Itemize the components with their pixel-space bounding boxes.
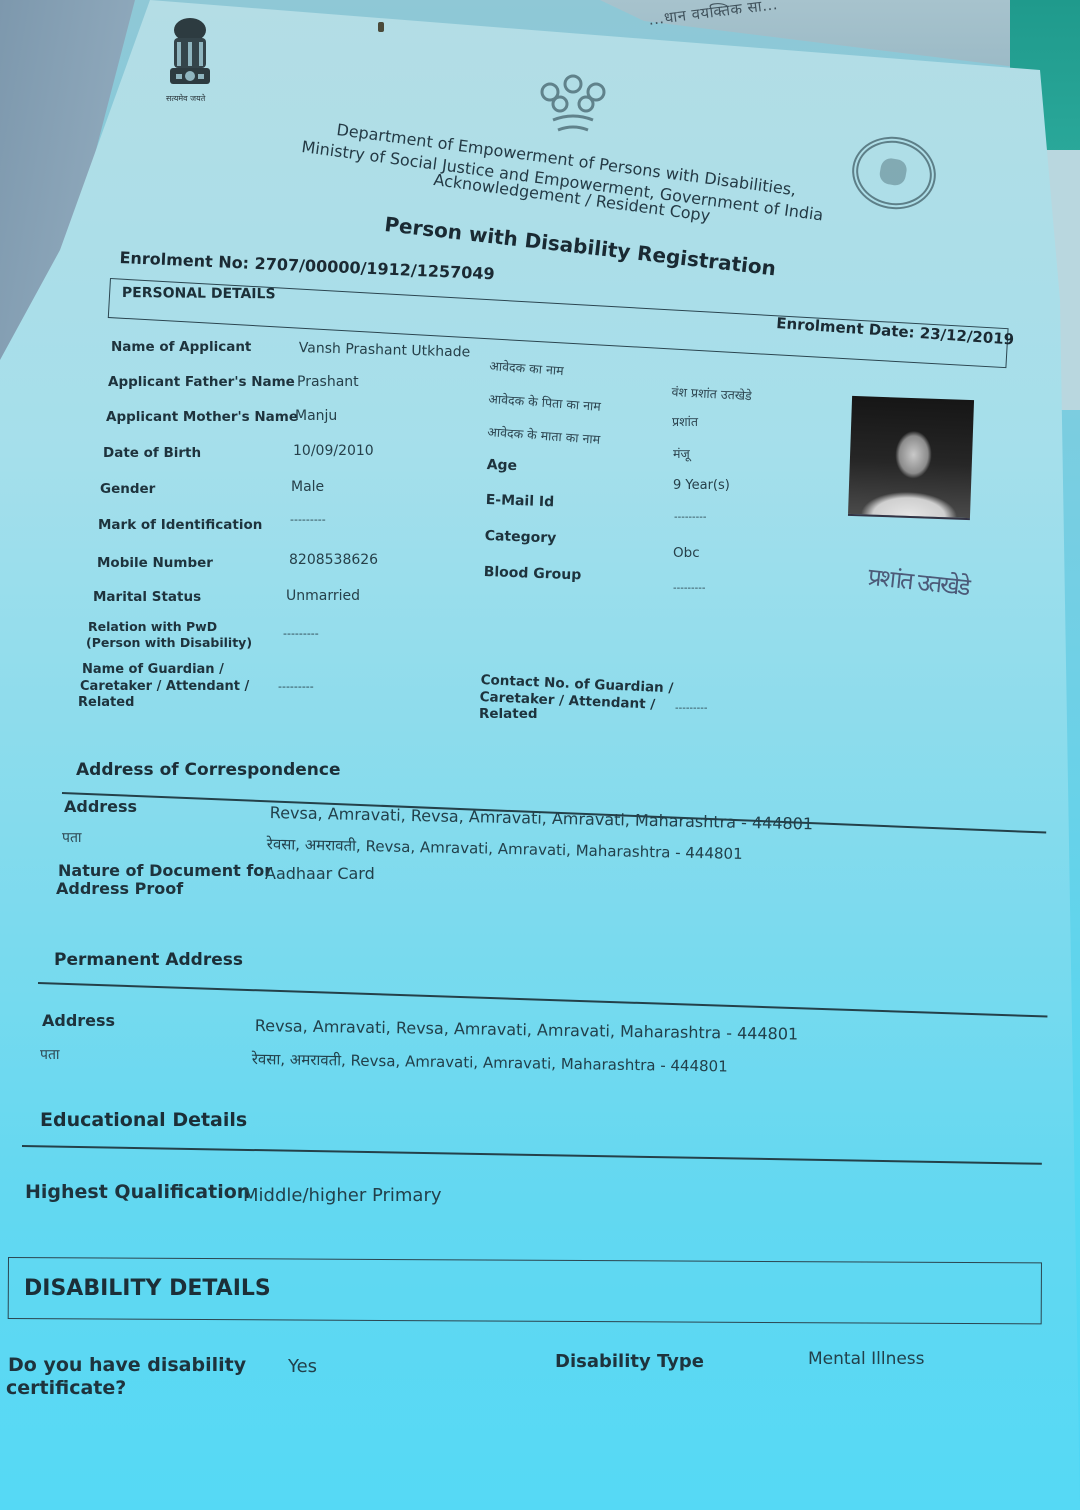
label-disability-type: Disability Type	[555, 1351, 704, 1372]
label-highest-qualification: Highest Qualification	[25, 1181, 250, 1203]
value-category: Obc	[673, 545, 700, 561]
value-disability-type: Mental Illness	[808, 1349, 925, 1369]
official-seal-icon	[846, 130, 941, 215]
value-applicant-name-hindi: वंश प्रशांत उतखेडे	[671, 383, 752, 404]
applicant-photo	[848, 396, 974, 520]
label-permanent-address-hindi: पता	[40, 1045, 60, 1064]
label-age: Age	[486, 457, 517, 474]
state-emblem-icon	[528, 70, 618, 140]
label-guardian-line2: Caretaker / Attendant /	[80, 679, 249, 694]
label-category: Category	[484, 528, 556, 546]
section-title-disability-details: DISABILITY DETAILS	[24, 1276, 271, 1301]
label-disability-certificate-line2: certificate?	[6, 1377, 126, 1399]
value-guardian-name: ---------	[278, 680, 314, 693]
label-gender: Gender	[100, 481, 155, 497]
label-guardian-line3: Related	[78, 695, 134, 710]
value-blood-group: ---------	[673, 583, 705, 594]
value-mother-name: Manju	[295, 408, 337, 424]
value-relation-pwd: ---------	[283, 627, 319, 640]
value-father-name: Prashant	[297, 374, 359, 390]
value-correspondence-address-hindi: रेवसा, अमरावती, Revsa, Amravati, Amravat…	[267, 834, 743, 864]
value-marital-status: Unmarried	[286, 588, 360, 604]
value-father-name-hindi: प्रशांत	[672, 413, 698, 430]
staple-mark	[378, 22, 384, 32]
enrolment-number-label: Enrolment No:	[119, 248, 249, 273]
label-mobile: Mobile Number	[97, 555, 213, 571]
label-father-name: Applicant Father's Name	[108, 374, 295, 390]
enrolment-number: Enrolment No: 2707/00000/1912/1257049	[119, 248, 495, 283]
value-disability-certificate: Yes	[288, 1356, 317, 1377]
label-blood-group: Blood Group	[483, 564, 581, 583]
value-permanent-address-hindi: रेवसा, अमरावती, Revsa, Amravati, Amravat…	[252, 1049, 728, 1076]
value-highest-qualification: Middle/higher Primary	[243, 1185, 442, 1206]
value-email: ---------	[674, 512, 706, 523]
section-title-correspondence-address: Address of Correspondence	[76, 760, 341, 780]
divider	[38, 982, 1047, 1017]
value-dob: 10/09/2010	[293, 443, 374, 459]
value-mobile: 8208538626	[289, 552, 378, 568]
applicant-signature: प्रशांत उतखेडे	[867, 560, 971, 603]
national-emblem-icon	[160, 12, 220, 104]
label-guardian-contact-line3: Related	[479, 706, 538, 722]
label-relation-pwd-line2: (Person with Disability)	[86, 635, 252, 650]
value-permanent-address: Revsa, Amravati, Revsa, Amravati, Amrava…	[255, 1016, 799, 1044]
label-correspondence-address: Address	[64, 797, 137, 816]
emblem-motto: सत्यमेव जयते	[166, 93, 205, 104]
personal-details-title: PERSONAL DETAILS	[122, 285, 276, 302]
label-disability-certificate-line1: Do you have disability	[8, 1354, 246, 1376]
value-guardian-contact: ---------	[675, 703, 707, 714]
label-applicant-name: Name of Applicant	[111, 339, 251, 355]
value-age: 9 Year(s)	[673, 478, 730, 493]
label-identification-mark: Mark of Identification	[98, 517, 262, 533]
enrolment-number-value: 2707/00000/1912/1257049	[254, 254, 495, 283]
pwd-registration-document: सत्यमेव जयते Department of Empowerment o…	[0, 0, 1080, 1510]
value-applicant-name: Vansh Prashant Utkhade	[299, 340, 471, 360]
label-mother-name-hindi: आवेदक के माता का नाम	[487, 423, 601, 448]
label-applicant-name-hindi: आवेदक का नाम	[489, 357, 564, 379]
label-address-proof-line1: Nature of Document for	[58, 861, 272, 880]
value-gender: Male	[291, 479, 324, 495]
label-email: E-Mail Id	[485, 492, 554, 510]
label-marital-status: Marital Status	[93, 589, 201, 605]
label-dob: Date of Birth	[103, 445, 201, 461]
section-title-permanent-address: Permanent Address	[54, 950, 243, 970]
value-mother-name-hindi: मंजू	[673, 445, 690, 462]
value-correspondence-address: Revsa, Amravati, Revsa, Amravati, Amrava…	[270, 803, 814, 833]
label-correspondence-address-hindi: पता	[62, 828, 82, 847]
label-guardian-line1: Name of Guardian /	[82, 662, 224, 677]
label-mother-name: Applicant Mother's Name	[106, 409, 298, 425]
section-title-educational-details: Educational Details	[40, 1109, 247, 1131]
divider	[22, 1145, 1042, 1164]
value-address-proof: Aadhaar Card	[265, 864, 375, 883]
label-relation-pwd-line1: Relation with PwD	[88, 619, 217, 634]
label-father-name-hindi: आवेदक के पिता का नाम	[488, 390, 602, 415]
label-permanent-address: Address	[42, 1011, 115, 1030]
value-identification-mark: ---------	[290, 513, 326, 526]
label-address-proof-line2: Address Proof	[56, 879, 183, 898]
